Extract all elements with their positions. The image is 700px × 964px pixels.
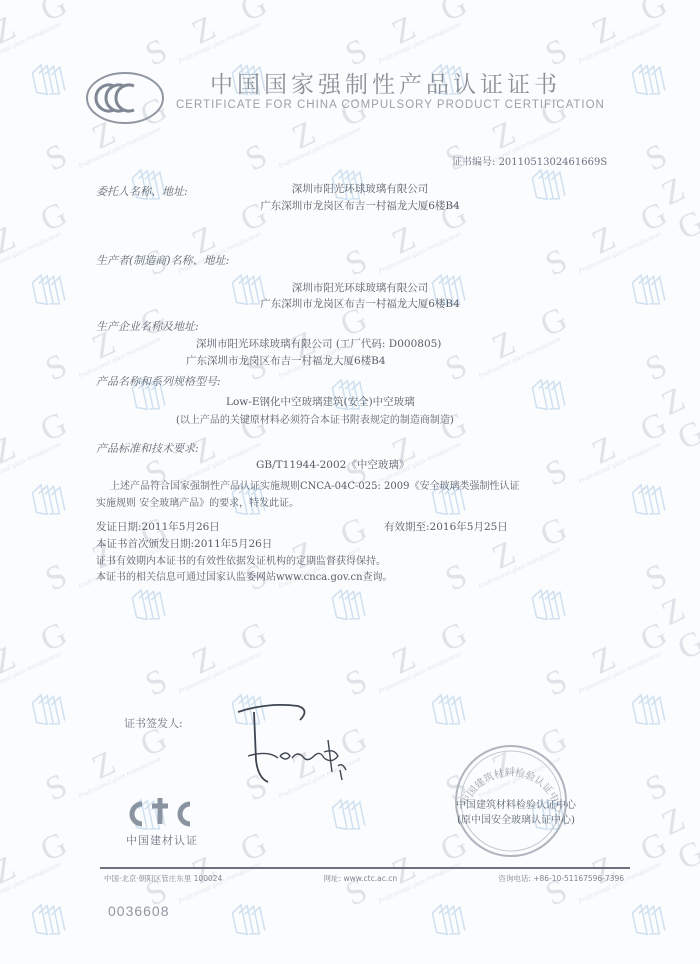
issue-date: 发证日期:2011年5月26日 — [96, 519, 220, 534]
statement-line-2: 实施规则 安全玻璃产品》的要求，特发此证。 — [96, 494, 299, 509]
glass-pane-watermark-icon — [26, 687, 67, 731]
szg-watermark: S Z GProfessional glass manufacturer — [0, 0, 85, 76]
glass-pane-watermark-icon — [626, 477, 667, 521]
issuer-name-line-1: 中国建筑材料检验认证中心 — [406, 796, 626, 811]
szg-watermark: S Z GProfessional glass manufacturer — [640, 538, 700, 685]
szg-watermark: S Z GProfessional glass manufacturer — [0, 610, 85, 706]
szg-watermark: S Z GProfessional glass manufacturer — [540, 0, 685, 76]
product-line-2: (以上产品的关键原材料必须符合本证书附表规定的制造商制造) — [176, 411, 454, 426]
cert-no-value: 2011051302461669S — [499, 157, 608, 168]
glass-pane-watermark-icon — [126, 582, 167, 626]
expiry-date-label: 有效期至: — [384, 521, 430, 533]
glass-pane-watermark-icon — [526, 162, 567, 206]
szg-watermark: S Z GProfessional glass manufacturer — [0, 820, 85, 916]
certificate-number: 证书编号: 2011051302461669S — [452, 153, 607, 168]
szg-watermark: S Z GProfessional glass manufacturer — [640, 118, 700, 265]
certificate-title-cn: 中国国家强制性产品认证证书 — [210, 66, 561, 99]
glass-pane-watermark-icon — [526, 582, 567, 626]
footer-divider — [100, 867, 630, 869]
manufacturer-name: 深圳市阳光环球玻璃有限公司 — [230, 280, 490, 295]
szg-watermark: S Z GProfessional glass manufacturer — [140, 0, 285, 76]
glass-pane-watermark-icon — [626, 57, 667, 101]
issue-date-label: 发证日期: — [96, 521, 142, 533]
signature-image — [228, 700, 378, 790]
glass-pane-watermark-icon — [326, 582, 367, 626]
cert-no-label: 证书编号: — [452, 157, 495, 168]
first-issue-value: 2011年5月26日 — [194, 538, 272, 550]
manufacturer-label: 生产者(制造商)名称、地址: — [96, 252, 229, 268]
expiry-date: 有效期至:2016年5月25日 — [384, 519, 508, 534]
szg-watermark: S Z GProfessional glass manufacturer — [540, 610, 685, 706]
glass-pane-watermark-icon — [426, 687, 467, 731]
szg-watermark: S Z GProfessional glass manufacturer — [340, 610, 485, 706]
szg-watermark: S Z GProfessional glass manufacturer — [640, 748, 700, 895]
applicant-label: 委托人名称、地址: — [96, 183, 188, 199]
factory-name: 深圳市阳光环球玻璃有限公司 (工厂代码: D000805) — [196, 336, 441, 351]
footer-address: 中国·北京·朝阳区管庄东里 100024 — [104, 873, 222, 884]
factory-label: 生产企业名称及地址: — [96, 318, 199, 334]
product-line-1: Low-E钢化中空玻璃建筑(安全)中空玻璃 — [226, 394, 415, 409]
szg-watermark: S Z GProfessional glass manufacturer — [540, 190, 685, 286]
ctc-caption: 中国建材认证 — [126, 832, 198, 848]
certificate-title-en: CERTIFICATE FOR CHINA COMPULSORY PRODUCT… — [176, 99, 605, 111]
footer-phone: 咨询电话: +86-10-51167596-7396 — [498, 873, 624, 884]
issuer-name: 中国建筑材料检验认证中心 (原中国安全玻璃认证中心) — [406, 796, 626, 826]
expiry-date-value: 2016年5月25日 — [430, 521, 508, 533]
glass-pane-watermark-icon — [626, 267, 667, 311]
glass-pane-watermark-icon — [26, 477, 67, 521]
szg-watermark: S Z GProfessional glass manufacturer — [640, 328, 700, 475]
note-line-1: 证书有效期内本证书的有效性依据发证机构的定期监督获得保持。 — [96, 552, 386, 567]
footer-contact: 中国·北京·朝阳区管庄东里 100024 网址: www.ctc.ac.cn 咨… — [104, 873, 624, 884]
szg-watermark: S Z GProfessional glass manufacturer — [0, 400, 85, 496]
szg-watermark: S Z GProfessional glass manufacturer — [540, 400, 685, 496]
certificate-page: S Z GProfessional glass manufacturerS Z … — [0, 0, 700, 964]
szg-watermark: S Z GProfessional glass manufacturer — [340, 0, 485, 76]
first-issue-date: 本证书首次颁发日期:2011年5月26日 — [96, 536, 272, 551]
szg-watermark: S Z GProfessional glass manufacturer — [140, 610, 285, 706]
ccc-logo — [84, 70, 166, 126]
standard-value: GB/T11944-2002《中空玻璃》 — [256, 457, 409, 472]
glass-pane-watermark-icon — [26, 897, 67, 941]
first-issue-label: 本证书首次颁发日期: — [96, 538, 194, 550]
product-label: 产品名称和系列规格型号: — [96, 373, 221, 389]
factory-address: 广东深圳市龙岗区布吉一村福龙大厦6楼B4 — [186, 353, 386, 368]
standard-label: 产品标准和技术要求: — [96, 440, 199, 456]
note-line-2: 本证书的相关信息可通过国家认监委网站www.cnca.gov.cn查询。 — [96, 568, 393, 583]
statement-line-1: 上述产品符合国家强制性产品认证实施规则CNCA-04C-025: 2009《安全… — [110, 477, 520, 492]
applicant-name: 深圳市阳光环球玻璃有限公司 — [230, 181, 490, 196]
szg-watermark: S Z GProfessional glass manufacturer — [0, 190, 85, 286]
glass-pane-watermark-icon — [526, 372, 567, 416]
manufacturer-address: 广东深圳市龙岗区布吉一村福龙大厦6楼B4 — [230, 296, 490, 311]
footer-website: 网址: www.ctc.ac.cn — [324, 873, 398, 884]
glass-pane-watermark-icon — [626, 897, 667, 941]
glass-pane-watermark-icon — [426, 897, 467, 941]
glass-pane-watermark-icon — [26, 267, 67, 311]
glass-pane-watermark-icon — [626, 687, 667, 731]
issue-date-value: 2011年5月26日 — [142, 521, 220, 533]
glass-pane-watermark-icon — [326, 792, 367, 836]
issuer-name-line-2: (原中国安全玻璃认证中心) — [406, 811, 626, 826]
glass-pane-watermark-icon — [26, 57, 67, 101]
glass-pane-watermark-icon — [226, 897, 267, 941]
ctc-logo — [120, 792, 200, 832]
signatory-label: 证书签发人: — [124, 715, 183, 731]
serial-number: 0036608 — [108, 903, 170, 919]
applicant-address: 广东深圳市龙岗区布吉一村福龙大厦6楼B4 — [230, 198, 490, 213]
